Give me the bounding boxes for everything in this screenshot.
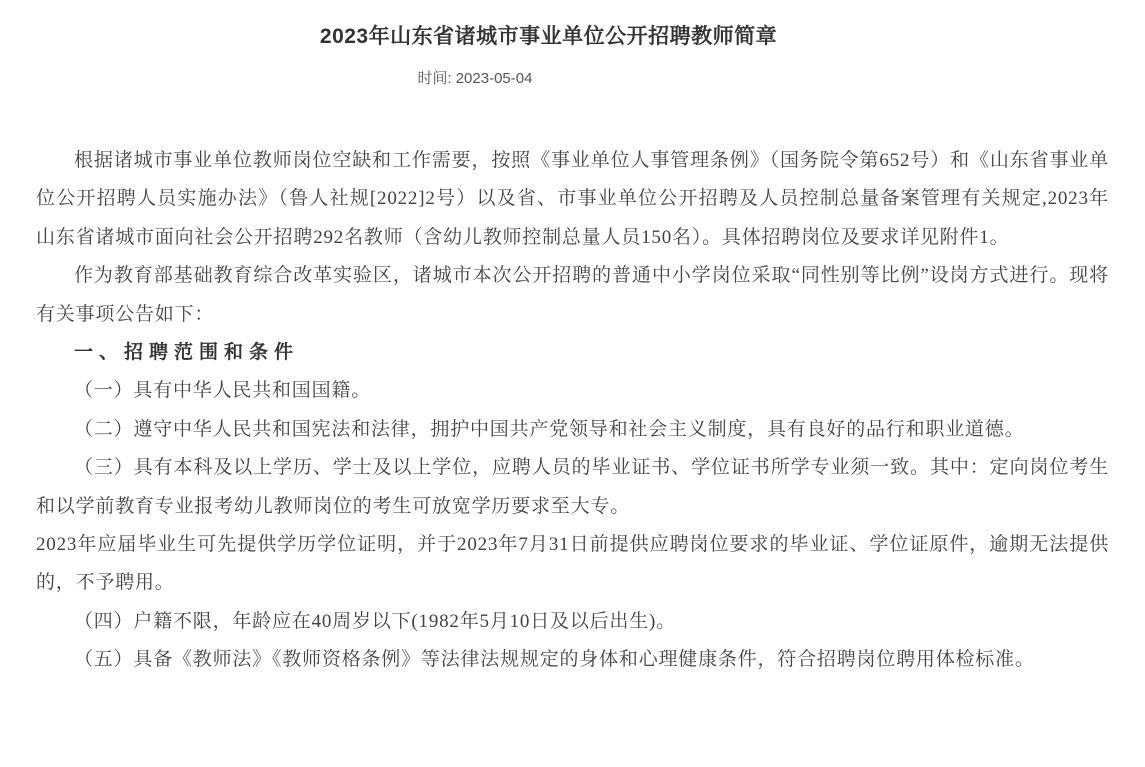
paragraph: （四）户籍不限，年龄应在40周岁以下(1982年5月10日及以后出生)。 xyxy=(36,603,1109,641)
meta-time-value: 2023-05-04 xyxy=(456,70,533,87)
paragraph: （一）具有中华人民共和国国籍。 xyxy=(36,372,1109,410)
paragraph: （二）遵守中华人民共和国宪法和法律，拥护中国共产党领导和社会主义制度，具有良好的… xyxy=(36,411,1109,449)
article-body: 根据诸城市事业单位教师岗位空缺和工作需要，按照《事业单位人事管理条例》（国务院令… xyxy=(0,142,1145,680)
section-heading: 一、招聘范围和条件 xyxy=(36,334,1109,372)
paragraph: 根据诸城市事业单位教师岗位空缺和工作需要，按照《事业单位人事管理条例》（国务院令… xyxy=(36,142,1109,257)
article-page: 2023年山东省诸城市事业单位公开招聘教师简章 时间:2023-05-04 根据… xyxy=(0,0,1145,767)
paragraph: 2023年应届毕业生可先提供学历学位证明，并于2023年7月31日前提供应聘岗位… xyxy=(36,526,1109,603)
paragraph: （三）具有本科及以上学历、学士及以上学位，应聘人员的毕业证书、学位证书所学专业须… xyxy=(36,449,1109,526)
page-title: 2023年山东省诸城市事业单位公开招聘教师简章 xyxy=(0,22,1145,52)
paragraph: （五）具备《教师法》《教师资格条例》等法律法规规定的身体和心理健康条件，符合招聘… xyxy=(36,641,1109,679)
article-meta: 时间:2023-05-04 xyxy=(0,68,1145,90)
paragraph: 作为教育部基础教育综合改革实验区，诸城市本次公开招聘的普通中小学岗位采取“同性别… xyxy=(36,257,1109,334)
meta-time-label: 时间: xyxy=(418,70,452,87)
